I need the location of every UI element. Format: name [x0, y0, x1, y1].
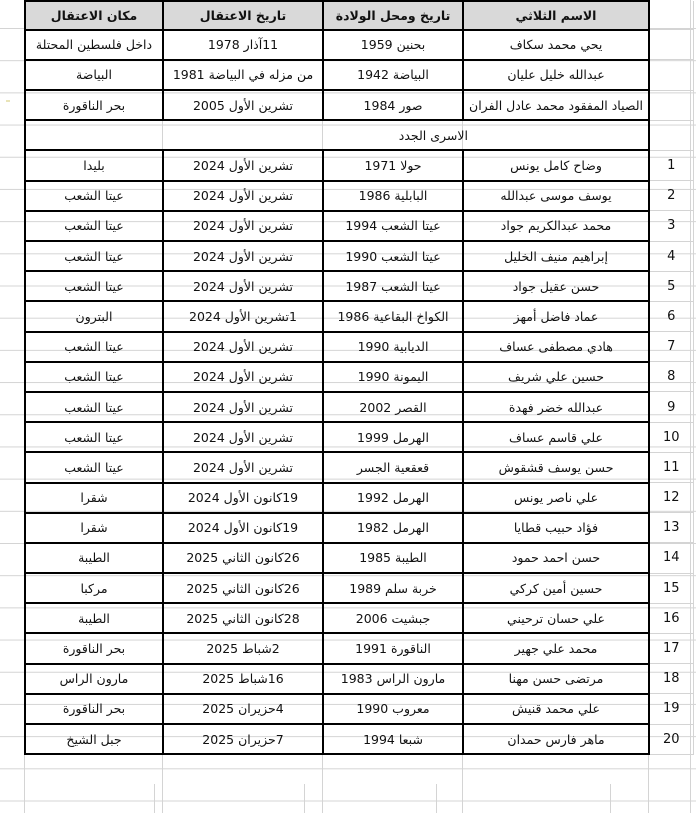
row-number-cell[interactable]: 9 [649, 392, 693, 422]
arrest-date-cell[interactable]: تشرين الأول 2024 [163, 150, 323, 180]
birth-cell[interactable]: خربة سلم 1989 [323, 573, 463, 603]
arrest-date-cell[interactable]: 2شباط 2025 [163, 633, 323, 663]
row-number-cell[interactable]: 19 [649, 694, 693, 724]
arrest-date-cell[interactable]: تشرين الأول 2024 [163, 211, 323, 241]
arrest-date-cell[interactable]: 1تشرين الأول 2024 [163, 301, 323, 331]
name-cell[interactable]: حسن عقيل جواد [463, 271, 649, 301]
birth-cell[interactable]: معروب 1990 [323, 694, 463, 724]
arrest-date-cell[interactable]: تشرين الأول 2024 [163, 452, 323, 482]
arrest-date-cell[interactable]: من مزله في البياضة 1981 [163, 60, 323, 90]
name-cell[interactable]: عماد فاضل أمهز [463, 301, 649, 331]
header-number-cell[interactable] [649, 1, 693, 30]
arrest-place-cell[interactable]: البياضة [25, 60, 163, 90]
table-row: 12علي ناصر يونسالهرمل 199219كانون الأول … [25, 483, 693, 513]
arrest-place-cell[interactable]: الطيبة [25, 543, 163, 573]
row-number-cell[interactable]: 12 [649, 483, 693, 513]
arrest-place-cell[interactable]: شقرا [25, 513, 163, 543]
row-number-cell[interactable] [649, 120, 693, 150]
name-cell[interactable]: عبدالله خضر فهدة [463, 392, 649, 422]
arrest-date-cell[interactable]: 7حزيران 2025 [163, 724, 323, 754]
name-cell[interactable]: علي محمد قنيش [463, 694, 649, 724]
arrest-place-cell[interactable]: بحر الناقورة [25, 633, 163, 663]
name-cell[interactable]: علي قاسم عساف [463, 422, 649, 452]
empty-cell[interactable] [610, 784, 652, 813]
birth-cell[interactable]: البابلية 1986 [323, 181, 463, 211]
birth-cell[interactable]: عيتا الشعب 1994 [323, 211, 463, 241]
arrest-place-cell[interactable]: عيتا الشعب [25, 422, 163, 452]
birth-cell[interactable]: الهرمل 1982 [323, 513, 463, 543]
table-row: 15حسين أمين كركيخربة سلم 198926كانون الث… [25, 573, 693, 603]
birth-cell[interactable]: مارون الراس 1983 [323, 664, 463, 694]
row-number-cell[interactable]: 11 [649, 452, 693, 482]
table-row: 2يوسف موسى عبداللهالبابلية 1986تشرين الأ… [25, 181, 693, 211]
arrest-place-cell[interactable]: عيتا الشعب [25, 211, 163, 241]
name-cell[interactable]: حسن يوسف قشقوش [463, 452, 649, 482]
birth-cell[interactable]: قعقعية الجسر [323, 452, 463, 482]
row-number-cell[interactable]: 5 [649, 271, 693, 301]
table-row: 19علي محمد قنيشمعروب 19904حزيران 2025بحر… [25, 694, 693, 724]
row-number-cell[interactable] [649, 90, 693, 120]
name-cell[interactable]: حسن احمد حمود [463, 543, 649, 573]
table-row: الصياد المفقود محمد عادل الفران صور 1984… [25, 90, 693, 120]
birth-cell[interactable]: عيتا الشعب 1987 [323, 271, 463, 301]
birth-cell[interactable]: الهرمل 1992 [323, 483, 463, 513]
arrest-date-cell[interactable]: تشرين الأول 2024 [163, 241, 323, 271]
header-arrest-place[interactable]: مكان الاعتقال [25, 1, 163, 30]
arrest-date-cell[interactable]: تشرين الأول 2024 [163, 332, 323, 362]
row-number-cell[interactable]: 4 [649, 241, 693, 271]
birth-cell[interactable]: الهرمل 1999 [323, 422, 463, 452]
row-number-cell[interactable]: 13 [649, 513, 693, 543]
name-cell[interactable]: الصياد المفقود محمد عادل الفران [463, 90, 649, 120]
row-number-cell[interactable]: 15 [649, 573, 693, 603]
name-cell[interactable]: مرتضى حسن مهنا [463, 664, 649, 694]
name-cell[interactable]: محمد علي جهير [463, 633, 649, 663]
name-cell[interactable]: وضاح كامل يونس [463, 150, 649, 180]
name-cell[interactable]: علي ناصر يونس [463, 483, 649, 513]
arrest-place-cell[interactable]: عيتا الشعب [25, 362, 163, 392]
arrest-place-cell[interactable]: عيتا الشعب [25, 181, 163, 211]
birth-cell[interactable]: اليمونة 1990 [323, 362, 463, 392]
arrest-date-cell[interactable]: 26كانون الثاني 2025 [163, 573, 323, 603]
arrest-place-cell[interactable]: عيتا الشعب [25, 241, 163, 271]
arrest-date-cell[interactable]: 19كانون الأول 2024 [163, 483, 323, 513]
table-row: 6عماد فاضل أمهزالكواخ البقاعية 19861تشري… [25, 301, 693, 331]
birth-cell[interactable]: الكواخ البقاعية 1986 [323, 301, 463, 331]
name-cell[interactable]: حسين أمين كركي [463, 573, 649, 603]
arrest-place-cell[interactable]: عيتا الشعب [25, 271, 163, 301]
name-cell[interactable]: عبدالله خليل عليان [463, 60, 649, 90]
empty-cell[interactable] [304, 784, 436, 813]
empty-cell[interactable] [154, 784, 304, 813]
row-number-cell[interactable]: 10 [649, 422, 693, 452]
arrest-date-cell[interactable]: تشرين الأول 2024 [163, 392, 323, 422]
arrest-date-cell[interactable]: تشرين الأول 2024 [163, 271, 323, 301]
table-row: 9عبدالله خضر فهدةالقصر 2002تشرين الأول 2… [25, 392, 693, 422]
empty-cell[interactable] [24, 784, 154, 813]
row-number-cell[interactable]: 7 [649, 332, 693, 362]
arrest-date-cell[interactable]: تشرين الأول 2024 [163, 422, 323, 452]
row-number-cell[interactable]: 6 [649, 301, 693, 331]
row-number-cell[interactable]: 3 [649, 211, 693, 241]
header-arrest-date[interactable]: تاريخ الاعتقال [163, 1, 323, 30]
arrest-date-cell[interactable]: تشرين الأول 2024 [163, 181, 323, 211]
name-cell[interactable]: يحي محمد سكاف [463, 30, 649, 60]
arrest-place-cell[interactable]: عيتا الشعب [25, 392, 163, 422]
section-title[interactable]: الاسرى الجدد [25, 120, 649, 150]
table-row: 14حسن احمد حمودالطيبة 198526كانون الثاني… [25, 543, 693, 573]
birth-cell[interactable]: عيتا الشعب 1990 [323, 241, 463, 271]
birth-cell[interactable]: الديابية 1990 [323, 332, 463, 362]
table-row: 1وضاح كامل يونسحولا 1971تشرين الأول 2024… [25, 150, 693, 180]
row-number-cell[interactable] [649, 60, 693, 90]
table-row: عبدالله خليل عليان البياضة 1942 من مزله … [25, 60, 693, 90]
table-row: يحي محمد سكاف بحنين 1959 11آذار 1978 داخ… [25, 30, 693, 60]
prisoners-table: الاسم الثلاثي تاريخ ومحل الولادة تاريخ ا… [24, 0, 694, 755]
birth-cell[interactable]: بحنين 1959 [323, 30, 463, 60]
birth-cell[interactable]: جبشيت 2006 [323, 603, 463, 633]
name-cell[interactable]: حسين علي شريف [463, 362, 649, 392]
birth-cell[interactable]: صور 1984 [323, 90, 463, 120]
table-row: 16علي حسان ترحينيجبشيت 200628كانون الثان… [25, 603, 693, 633]
name-cell[interactable]: هادي مصطفى عساف [463, 332, 649, 362]
arrest-date-cell[interactable]: 4حزيران 2025 [163, 694, 323, 724]
arrest-place-cell[interactable]: عيتا الشعب [25, 452, 163, 482]
birth-cell[interactable]: الناقورة 1991 [323, 633, 463, 663]
section-row: الاسرى الجدد [25, 120, 693, 150]
header-birth[interactable]: تاريخ ومحل الولادة [323, 1, 463, 30]
name-cell[interactable]: علي حسان ترحيني [463, 603, 649, 633]
arrest-place-cell[interactable]: بحر الناقورة [25, 694, 163, 724]
arrest-date-cell[interactable]: 26كانون الثاني 2025 [163, 543, 323, 573]
name-cell[interactable]: إبراهيم منيف الخليل [463, 241, 649, 271]
arrest-place-cell[interactable]: شقرا [25, 483, 163, 513]
birth-cell[interactable]: القصر 2002 [323, 392, 463, 422]
name-cell[interactable]: محمد عبدالكريم جواد [463, 211, 649, 241]
table-row: 11حسن يوسف قشقوشقعقعية الجسرتشرين الأول … [25, 452, 693, 482]
empty-cell[interactable] [436, 784, 610, 813]
arrest-place-cell[interactable]: داخل فلسطين المحتلة [25, 30, 163, 60]
table-row: 17محمد علي جهيرالناقورة 19912شباط 2025بح… [25, 633, 693, 663]
table-row: 4إبراهيم منيف الخليلعيتا الشعب 1990تشرين… [25, 241, 693, 271]
birth-cell[interactable]: شبعا 1994 [323, 724, 463, 754]
name-cell[interactable]: فؤاد حبيب قطايا [463, 513, 649, 543]
arrest-place-cell[interactable]: بليدا [25, 150, 163, 180]
header-row: الاسم الثلاثي تاريخ ومحل الولادة تاريخ ا… [25, 1, 693, 30]
row-number-cell[interactable]: 18 [649, 664, 693, 694]
table-row: 8حسين علي شريفاليمونة 1990تشرين الأول 20… [25, 362, 693, 392]
birth-cell[interactable]: الطيبة 1985 [323, 543, 463, 573]
birth-cell[interactable]: حولا 1971 [323, 150, 463, 180]
row-number-cell[interactable]: 14 [649, 543, 693, 573]
row-number-cell[interactable]: 8 [649, 362, 693, 392]
arrest-place-cell[interactable]: بحر الناقورة [25, 90, 163, 120]
arrest-date-cell[interactable]: 16شباط 2025 [163, 664, 323, 694]
table-row: 3محمد عبدالكريم جوادعيتا الشعب 1994تشرين… [25, 211, 693, 241]
table-row: 10علي قاسم عسافالهرمل 1999تشرين الأول 20… [25, 422, 693, 452]
birth-cell[interactable]: البياضة 1942 [323, 60, 463, 90]
arrest-place-cell[interactable]: جبل الشيخ [25, 724, 163, 754]
arrest-place-cell[interactable]: الطيبة [25, 603, 163, 633]
arrest-date-cell[interactable]: 11آذار 1978 [163, 30, 323, 60]
arrest-place-cell[interactable]: عيتا الشعب [25, 332, 163, 362]
cell-marker [6, 100, 10, 102]
table-row: 7هادي مصطفى عسافالديابية 1990تشرين الأول… [25, 332, 693, 362]
empty-grid-row [24, 784, 652, 813]
arrest-place-cell[interactable]: البترون [25, 301, 163, 331]
row-number-cell[interactable]: 20 [649, 724, 693, 754]
arrest-place-cell[interactable]: مارون الراس [25, 664, 163, 694]
name-cell[interactable]: يوسف موسى عبدالله [463, 181, 649, 211]
header-name[interactable]: الاسم الثلاثي [463, 1, 649, 30]
name-cell[interactable]: ماهر فارس حمدان [463, 724, 649, 754]
table-row: 20ماهر فارس حمدانشبعا 19947حزيران 2025جب… [25, 724, 693, 754]
arrest-date-cell[interactable]: تشرين الأول 2024 [163, 362, 323, 392]
row-number-cell[interactable]: 2 [649, 181, 693, 211]
arrest-place-cell[interactable]: مركبا [25, 573, 163, 603]
arrest-date-cell[interactable]: 19كانون الأول 2024 [163, 513, 323, 543]
table-row: 5حسن عقيل جوادعيتا الشعب 1987تشرين الأول… [25, 271, 693, 301]
table-row: 13فؤاد حبيب قطاياالهرمل 198219كانون الأو… [25, 513, 693, 543]
arrest-date-cell[interactable]: تشرين الأول 2005 [163, 90, 323, 120]
arrest-date-cell[interactable]: 28كانون الثاني 2025 [163, 603, 323, 633]
row-number-cell[interactable]: 1 [649, 150, 693, 180]
table-row: 18مرتضى حسن مهنامارون الراس 198316شباط 2… [25, 664, 693, 694]
row-number-cell[interactable]: 17 [649, 633, 693, 663]
row-number-cell[interactable]: 16 [649, 603, 693, 633]
row-number-cell[interactable] [649, 30, 693, 60]
